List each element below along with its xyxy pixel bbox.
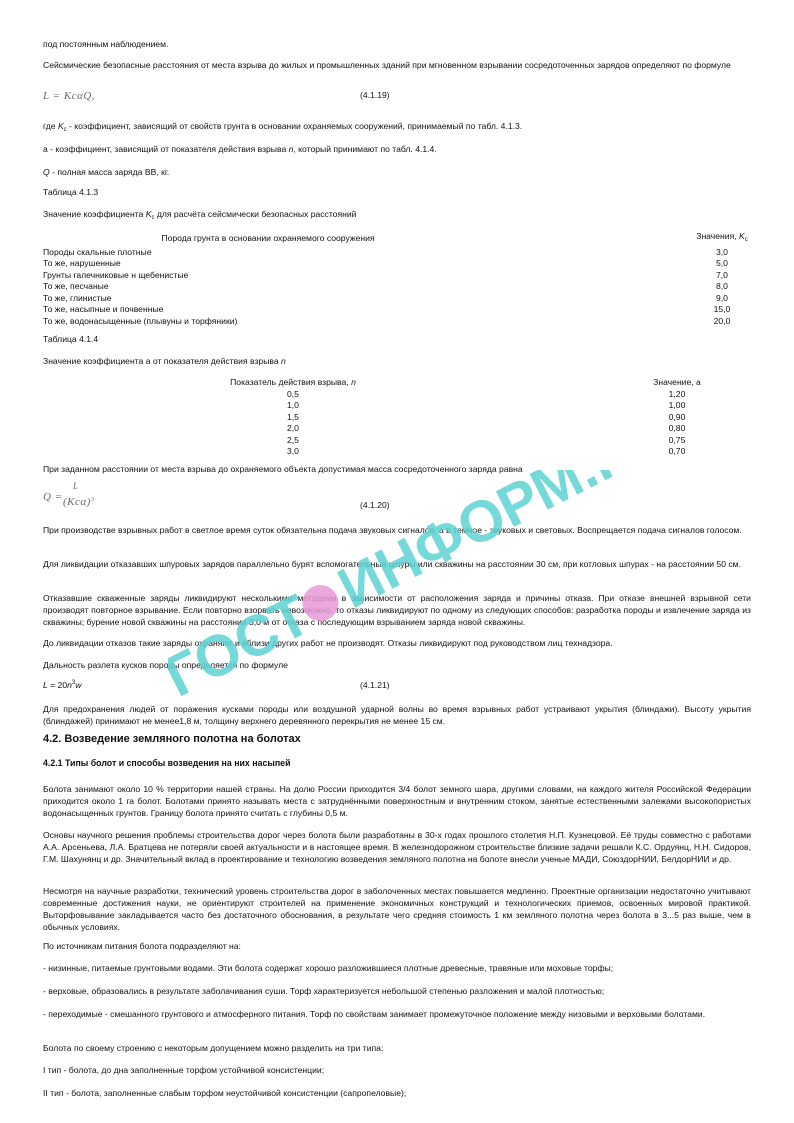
cell-a-value: 1,00 xyxy=(543,400,751,412)
cell-soil: То же, песчаные xyxy=(43,281,493,293)
table-row: 1,5 0,90 xyxy=(43,412,751,424)
cell-kc-value: 3,0 xyxy=(493,247,751,259)
bog-type-2: II тип - болота, заполненные слабым торф… xyxy=(43,1087,751,1099)
definition-kc: где Kc - коэффициент, зависящий от свойс… xyxy=(43,120,751,136)
table-2-caption: Значение коэффициента а от показателя де… xyxy=(43,355,751,367)
table-seismic-coefficients: Порода грунта в основании охраняемого со… xyxy=(43,231,751,327)
column-header-a: Значение, а xyxy=(543,377,751,389)
table-blast-coefficients: Показатель действия взрыва, n Значение, … xyxy=(43,377,751,458)
table-1-caption: Значение коэффициента Kc для расчёта сей… xyxy=(43,208,751,224)
paragraph-guard: До ликвидации отказов такие заряды охран… xyxy=(43,637,751,649)
formula-number: (4.1.20) xyxy=(360,500,390,510)
cell-n: 3,0 xyxy=(43,446,543,458)
table-1-label: Таблица 4.1.3 xyxy=(43,186,751,198)
list-item-lowland: - низинные, питаемые грунтовыми водами. … xyxy=(43,962,751,974)
paragraph-range: Дальность разлета кусков породы определя… xyxy=(43,659,751,671)
paragraph-failed-charges: Отказавшие скваженные заряды ликвидируют… xyxy=(43,592,751,628)
table-header-row: Порода грунта в основании охраняемого со… xyxy=(43,231,751,247)
cell-kc-value: 7,0 xyxy=(493,270,751,282)
formula-number: (4.1.21) xyxy=(360,680,390,690)
column-header-soil: Порода грунта в основании охраняемого со… xyxy=(43,231,493,247)
cell-kc-value: 8,0 xyxy=(493,281,751,293)
table-row: То же, песчаные 8,0 xyxy=(43,281,751,293)
formula-4-1-21: L = 20n3w (4.1.21) xyxy=(43,680,751,694)
paragraph-despite: Несмотря на научные разработки, техничес… xyxy=(43,885,751,933)
table-row: Породы скальные плотные 3,0 xyxy=(43,247,751,259)
cell-n: 2,0 xyxy=(43,423,543,435)
cell-kc-value: 20,0 xyxy=(493,316,751,328)
cell-soil: Грунты галечниковые н щебенистые xyxy=(43,270,493,282)
cell-kc-value: 5,0 xyxy=(493,258,751,270)
list-item-transitional: - переходимые - смешанного грунтового и … xyxy=(43,1008,751,1020)
cell-soil: Породы скальные плотные xyxy=(43,247,493,259)
table-row: 3,0 0,70 xyxy=(43,446,751,458)
cell-n: 0,5 xyxy=(43,389,543,401)
table-row: То же, водонасыщенные (плывуны и торфяни… xyxy=(43,316,751,328)
list-item-upland: - верховые, образовались в результате за… xyxy=(43,985,751,997)
cell-n: 1,0 xyxy=(43,400,543,412)
table-2-label: Таблица 4.1.4 xyxy=(43,333,751,345)
paragraph-shelter: Для предохранения людей от поражения кус… xyxy=(43,703,751,727)
section-heading-4-2: 4.2. Возведение земляного полотна на бол… xyxy=(43,733,751,745)
cell-soil: То же, водонасыщенные (плывуны и торфяни… xyxy=(43,316,493,328)
column-header-n: Показатель действия взрыва, n xyxy=(43,377,543,389)
table-row: 1,0 1,00 xyxy=(43,400,751,412)
cell-a-value: 0,90 xyxy=(543,412,751,424)
cell-kc-value: 15,0 xyxy=(493,304,751,316)
cell-kc-value: 9,0 xyxy=(493,293,751,305)
cell-soil: То же, нарушенные xyxy=(43,258,493,270)
table-row: 2,5 0,75 xyxy=(43,435,751,447)
definition-a: a - коэффициент, зависящий от показателя… xyxy=(43,143,751,155)
paragraph-sources: По источникам питания болота подразделяю… xyxy=(43,940,751,952)
table-row: То же, нарушенные 5,0 xyxy=(43,258,751,270)
paragraph-intro-end: под постоянным наблюдением. xyxy=(43,38,751,50)
cell-a-value: 0,75 xyxy=(543,435,751,447)
cell-a-value: 0,80 xyxy=(543,423,751,435)
table-header-row: Показатель действия взрыва, n Значение, … xyxy=(43,377,751,389)
definition-q: Q - полная масса заряда ВВ, кг. xyxy=(43,166,751,178)
table-row: То же, насыпные и почвенные 15,0 xyxy=(43,304,751,316)
subsection-heading-4-2-1: 4.2.1 Типы болот и способы возведения на… xyxy=(43,758,751,768)
table-row: Грунты галечниковые н щебенистые 7,0 xyxy=(43,270,751,282)
cell-soil: То же, глинистые xyxy=(43,293,493,305)
column-header-kc: Значения, Kc xyxy=(493,231,751,247)
cell-n: 2,5 xyxy=(43,435,543,447)
table-row: То же, глинистые 9,0 xyxy=(43,293,751,305)
paragraph-liquidation: Для ликвидации отказавших шпуровых заряд… xyxy=(43,558,751,570)
table-row: 0,5 1,20 xyxy=(43,389,751,401)
paragraph-signals: При производстве взрывных работ в светло… xyxy=(43,524,751,536)
paragraph-seismic: Сейсмические безопасные расстояния от ме… xyxy=(43,59,751,71)
paragraph-science: Основы научного решения проблемы строите… xyxy=(43,829,751,865)
table-row: 2,0 0,80 xyxy=(43,423,751,435)
paragraph-bogs: Болота занимают около 10 % территории на… xyxy=(43,783,751,819)
paragraph-types: Болота по своему строению с некоторым до… xyxy=(43,1042,751,1054)
paragraph-mass: При заданном расстоянии от места взрыва … xyxy=(43,463,751,475)
cell-a-value: 1,20 xyxy=(543,389,751,401)
formula-number: (4.1.19) xyxy=(360,90,390,100)
formula-4-1-19: L = KcαQ, (4.1.19) xyxy=(43,90,751,104)
bog-type-1: I тип - болота, до дна заполненные торфо… xyxy=(43,1064,751,1076)
cell-a-value: 0,70 xyxy=(543,446,751,458)
formula-expression: L = KcαQ, xyxy=(43,90,95,102)
formula-4-1-20: Q = L (Kcα)3 (4.1.20) xyxy=(43,483,751,515)
cell-n: 1,5 xyxy=(43,412,543,424)
cell-soil: То же, насыпные и почвенные xyxy=(43,304,493,316)
